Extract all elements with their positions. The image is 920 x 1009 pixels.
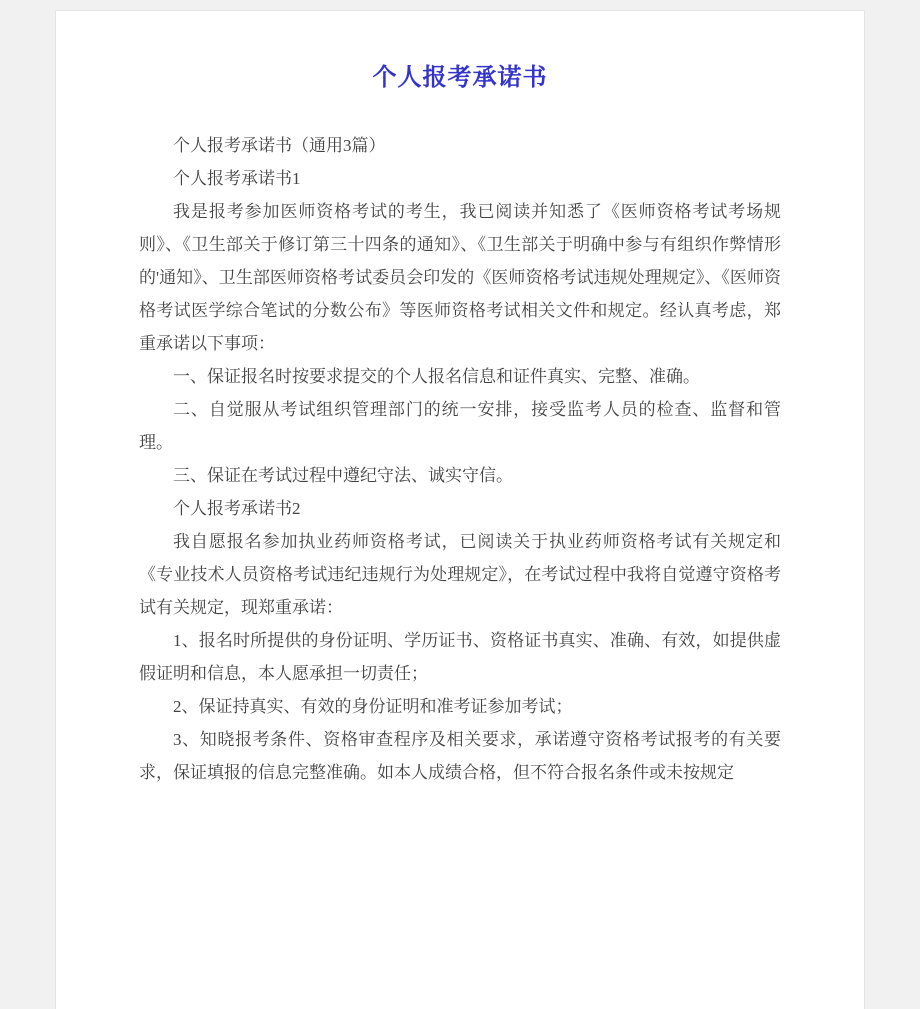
section-1-item-3: 三、保证在考试过程中遵纪守法、诚实守信。: [139, 459, 781, 492]
document-viewport: 个人报考承诺书 个人报考承诺书（通用3篇） 个人报考承诺书1 我是报考参加医师资…: [0, 0, 920, 1009]
section-2-heading: 个人报考承诺书2: [139, 492, 781, 525]
document-subtitle: 个人报考承诺书（通用3篇）: [139, 129, 781, 162]
section-2-paragraph-intro: 我自愿报名参加执业药师资格考试，已阅读关于执业药师资格考试有关规定和《专业技术人…: [139, 525, 781, 624]
section-1-paragraph-intro: 我是报考参加医师资格考试的考生，我已阅读并知悉了《医师资格考试考场规则》、《卫生…: [139, 195, 781, 360]
document-title: 个人报考承诺书: [139, 63, 781, 93]
section-1-item-1: 一、保证报名时按要求提交的个人报名信息和证件真实、完整、准确。: [139, 360, 781, 393]
section-2-item-3: 3、知晓报考条件、资格审查程序及相关要求，承诺遵守资格考试报考的有关要求，保证填…: [139, 723, 781, 789]
section-1-heading: 个人报考承诺书1: [139, 162, 781, 195]
section-2-item-2: 2、保证持真实、有效的身份证明和准考证参加考试；: [139, 690, 781, 723]
section-1-item-2: 二、自觉服从考试组织管理部门的统一安排，接受监考人员的检查、监督和管理。: [139, 393, 781, 459]
section-2-item-1: 1、报名时所提供的身份证明、学历证书、资格证书真实、准确、有效，如提供虚假证明和…: [139, 624, 781, 690]
document-page: 个人报考承诺书 个人报考承诺书（通用3篇） 个人报考承诺书1 我是报考参加医师资…: [55, 10, 865, 1009]
